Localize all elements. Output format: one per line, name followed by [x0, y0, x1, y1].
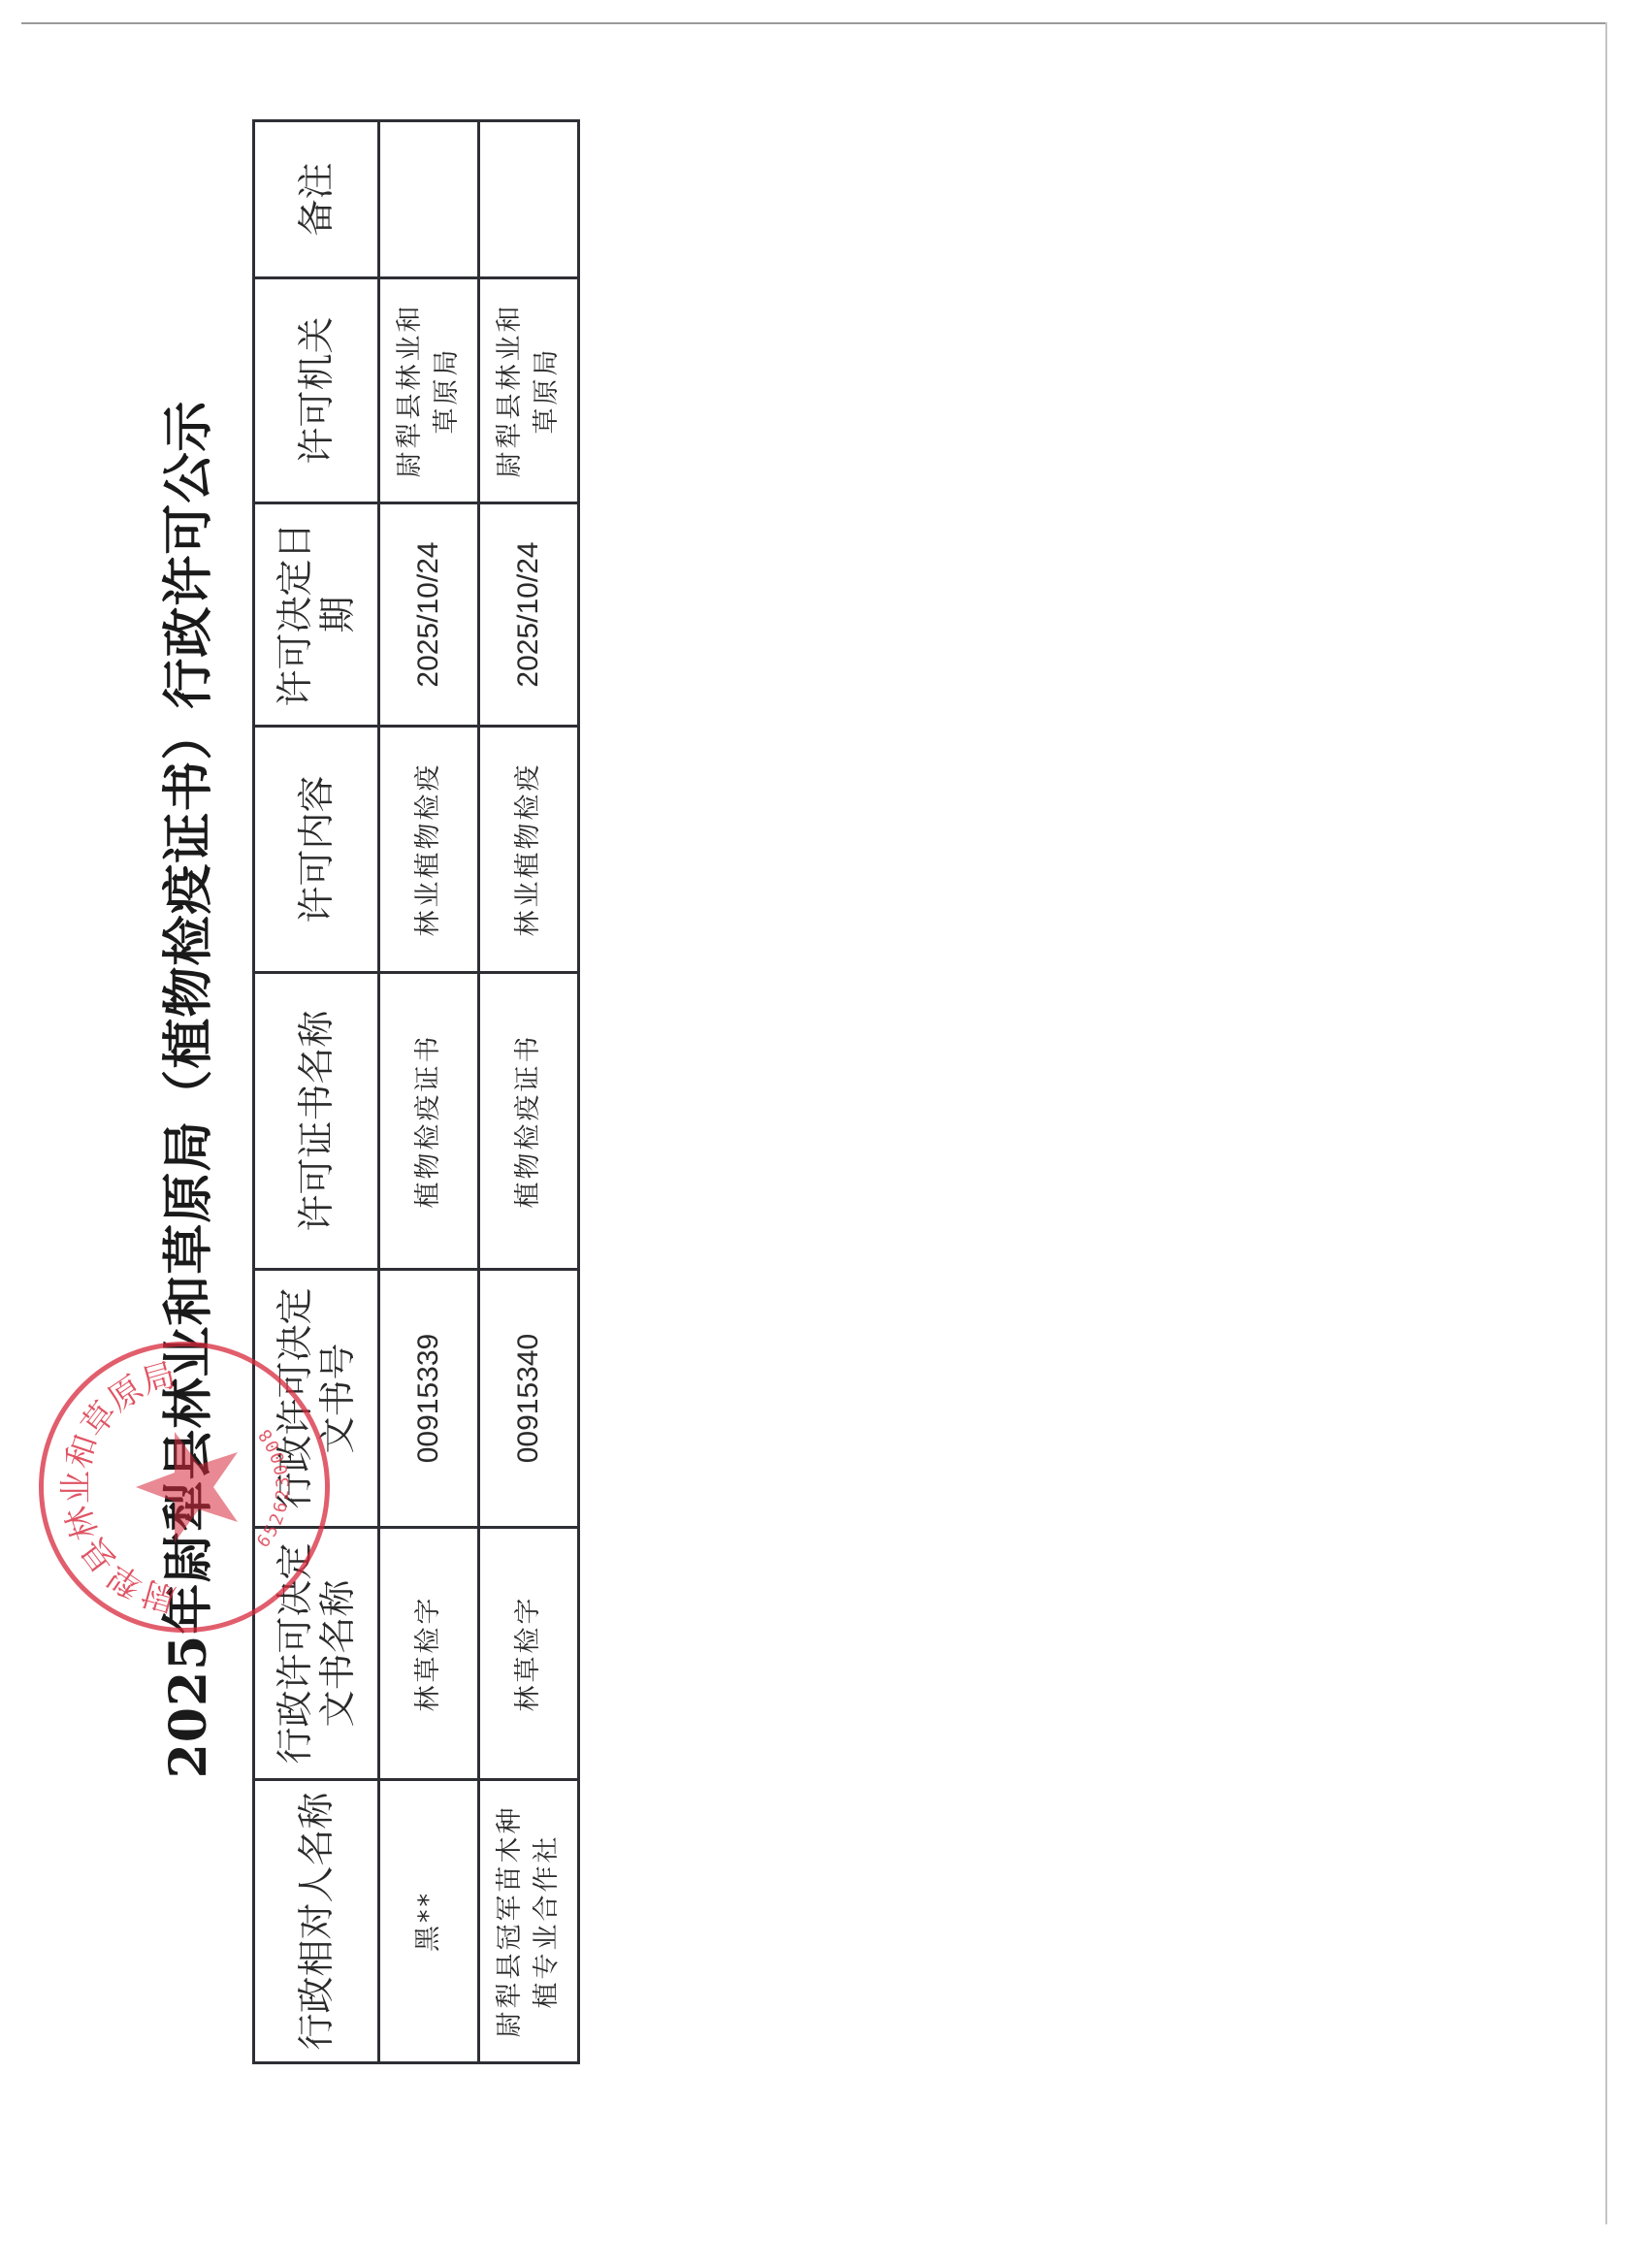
cell-authority: 尉犁县林业和草原局	[379, 278, 479, 503]
cell-authority: 尉犁县林业和草原局	[479, 278, 579, 503]
header-remarks: 备注	[254, 121, 379, 278]
table-row: 黑** 林草检字 00915339 植物检疫证书 林业植物检疫 2025/10/…	[379, 121, 479, 2063]
header-permit-content: 许可内容	[254, 727, 379, 973]
cell-party-name: 黑**	[379, 1780, 479, 2063]
cell-decision-doc-name: 林草检字	[479, 1528, 579, 1780]
table-row: 尉犁县冠军苗木种植专业合作社 林草检字 00915340 植物检疫证书 林业植物…	[479, 121, 579, 2063]
header-certificate-name: 许可证书名称	[254, 973, 379, 1270]
cell-permit-content: 林业植物检疫	[379, 727, 479, 973]
permit-table: 行政相对人名称 行政许可决定文书名称 行政许可决定文书号 许可证书名称 许可内容…	[252, 119, 580, 2064]
header-decision-doc-name: 行政许可决定文书名称	[254, 1528, 379, 1780]
cell-certificate-name: 植物检疫证书	[479, 973, 579, 1270]
document-title-row: 2025年尉犁县林业和草原局（植物检疫证书）行政许可公示	[155, 0, 223, 2268]
cell-decision-doc-name: 林草检字	[379, 1528, 479, 1780]
table-header-row: 行政相对人名称 行政许可决定文书名称 行政许可决定文书号 许可证书名称 许可内容…	[254, 121, 379, 2063]
header-party-name: 行政相对人名称	[254, 1780, 379, 2063]
cell-remarks	[479, 121, 579, 278]
header-authority: 许可机关	[254, 278, 379, 503]
cell-decision-doc-number: 00915339	[379, 1270, 479, 1528]
cell-decision-date: 2025/10/24	[379, 503, 479, 727]
cell-decision-date: 2025/10/24	[479, 503, 579, 727]
cell-party-name: 尉犁县冠军苗木种植专业合作社	[479, 1780, 579, 2063]
header-decision-date: 许可决定日期	[254, 503, 379, 727]
cell-permit-content: 林业植物检疫	[479, 727, 579, 973]
header-decision-doc-number: 行政许可决定文书号	[254, 1270, 379, 1528]
cell-remarks	[379, 121, 479, 278]
rotated-page: 2025年尉犁县林业和草原局（植物检疫证书）行政许可公示 行政相对人名称 行政许…	[0, 0, 1649, 2268]
cell-certificate-name: 植物检疫证书	[379, 973, 479, 1270]
document-title: 2025年尉犁县林业和草原局（植物检疫证书）行政许可公示	[155, 386, 223, 1793]
cell-decision-doc-number: 00915340	[479, 1270, 579, 1528]
